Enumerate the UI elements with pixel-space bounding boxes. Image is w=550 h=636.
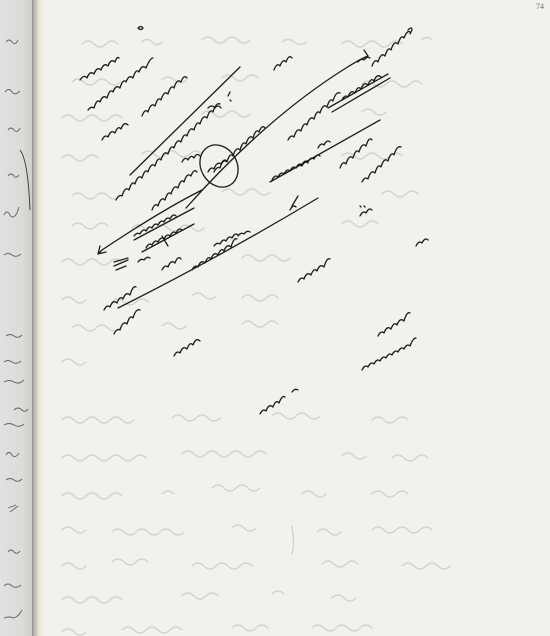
left-page-handwriting xyxy=(0,0,32,636)
handwritten-notes xyxy=(42,0,550,636)
facing-left-page xyxy=(0,0,32,636)
notebook-page: 74 xyxy=(42,0,550,636)
